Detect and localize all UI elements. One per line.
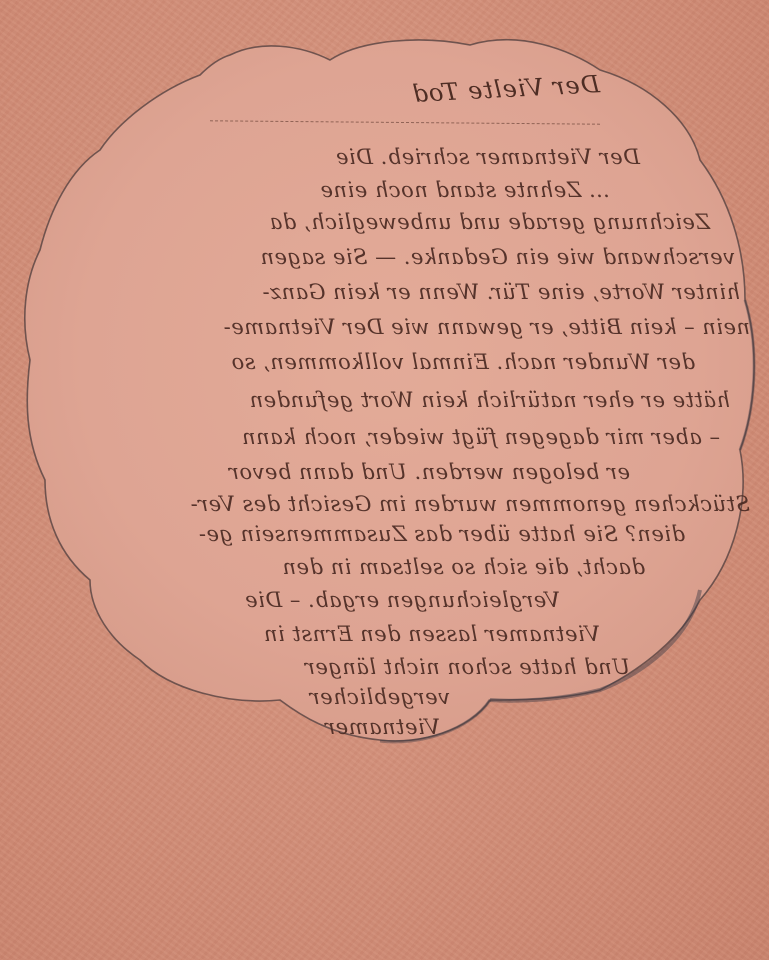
text-line: dien? Sie hatte über das Zusammensein ge… xyxy=(198,522,685,546)
text-line: nein – kein Bitte, er gewann wie Der Vie… xyxy=(223,315,750,339)
text-line: – aber mir dagegen fügt wieder, noch kan… xyxy=(242,425,720,449)
text-line: Vietnamer xyxy=(325,715,440,739)
mirrored-handwriting: Der Vielte Tod Der Vietnamer schrieb. Di… xyxy=(40,60,750,760)
text-line: Und hatte schon nicht länger xyxy=(304,655,630,679)
text-line: der Wunder nach. Einmal vollkommen, so xyxy=(231,350,695,374)
text-line: Der Vietnamer schrieb. Die xyxy=(336,145,640,169)
text-line: verschwand wie ein Gedanke. — Sie sagen xyxy=(260,245,735,269)
text-line: hinter Worte, eine Tür. Wenn er kein Gan… xyxy=(262,280,740,304)
text-line: er belogen werden. Und dann bevor xyxy=(228,460,630,484)
text-line: dacht, die sich so seltsam in den xyxy=(282,555,645,579)
text-line: … Zehnte stand noch eine xyxy=(320,178,610,202)
handwritten-title: Der Vielte Tod xyxy=(299,70,600,114)
title-underline xyxy=(210,120,600,124)
text-line: hätte er eher natürlich kein Wort gefund… xyxy=(249,388,730,412)
text-line: Vergleichungen ergab. – Die xyxy=(245,588,560,612)
text-line: vergeblicher xyxy=(309,685,450,709)
text-line: Zeichnung gerade und unbeweglich, da xyxy=(269,210,710,234)
text-line: Stückchen genommen wurden im Gesicht des… xyxy=(190,492,750,516)
text-line: Vietnamer lassen den Ernst in xyxy=(264,622,601,646)
